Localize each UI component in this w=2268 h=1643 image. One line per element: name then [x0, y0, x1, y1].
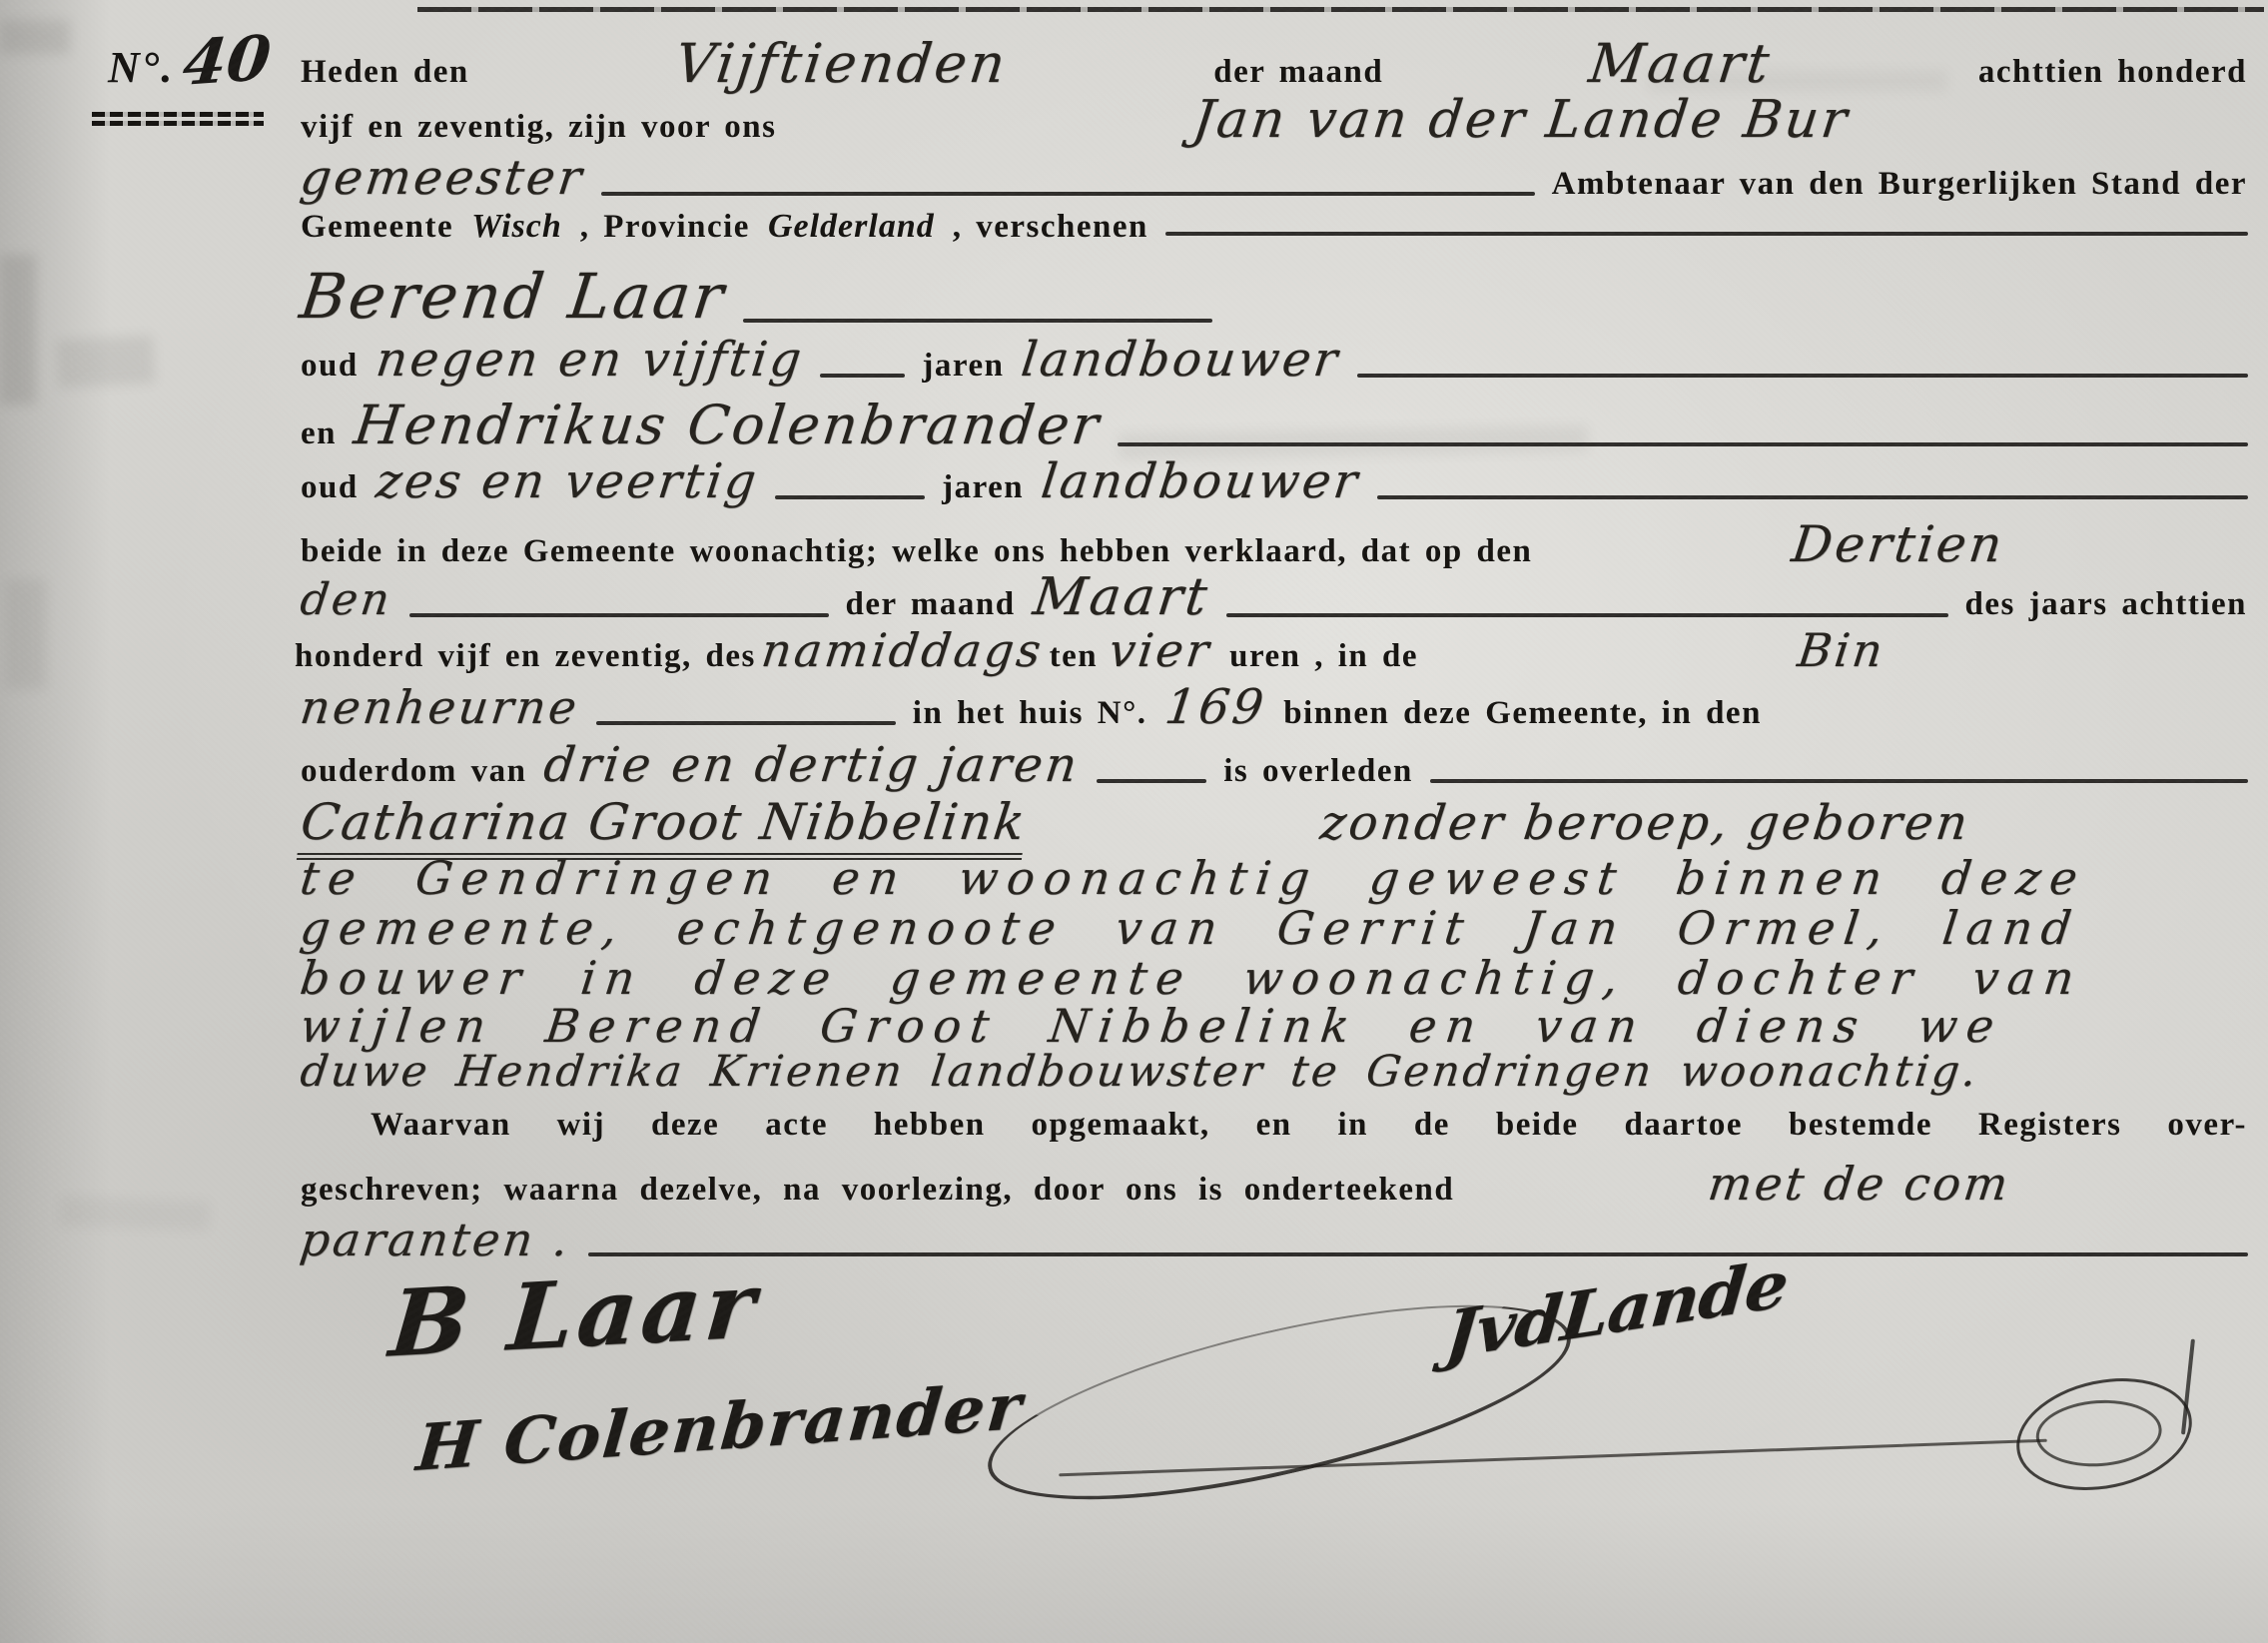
line-closing-2: geschreven; waarna dezelve, na voorlezin… — [292, 1157, 2256, 1211]
record-day: Vijftienden — [483, 32, 1199, 95]
witness2-name: Hendrikus Colenbrander — [351, 394, 1105, 456]
bleed-through-smudge — [6, 579, 46, 689]
witness1-signature: B Laar — [385, 1250, 763, 1377]
fill-in-rule — [601, 192, 1535, 196]
fill-in-rule — [820, 374, 905, 378]
label-oud: oud — [301, 469, 359, 506]
label-verklaard: beide in deze Gemeente woonachtig; welke… — [301, 533, 1532, 570]
line-municipality: GemeenteWisch, ProvincieGelderland, vers… — [292, 208, 2256, 246]
witness2-age: zes en veertig — [373, 453, 761, 509]
line-registrar: vijf en zeventig, zijn voor onsJan van d… — [292, 90, 2256, 150]
line-deceased-details-4: bouwer in deze gemeente woonachtig, doch… — [292, 951, 2256, 1005]
deceased-name: Catharina Groot Nibbelink — [297, 793, 1030, 860]
line-death-time: honderd vijf en zeventig, desnamiddagste… — [292, 623, 2256, 677]
house-number: 169 — [1161, 679, 1269, 735]
fill-in-rule — [743, 319, 1212, 323]
closing-handwritten-1: met de com — [1469, 1157, 2250, 1211]
dashed-bar — [92, 112, 264, 117]
line-closing-1: Waarvan wij deze acte hebben opgemaakt, … — [292, 1107, 2256, 1144]
line-deceased-details-3: gemeente, echtgenoote van Gerrit Jan Orm… — [292, 901, 2256, 955]
bleed-through-smudge — [60, 1196, 211, 1231]
line-registrar-2: gemeesterAmbtenaar van den Burgerlijken … — [292, 150, 2256, 206]
label-honderd-vijf-en-zeventig: honderd vijf en zeventig, des — [295, 638, 756, 675]
fill-in-rule — [1357, 374, 2248, 378]
record-number-value: 40 — [180, 21, 275, 100]
label-achttien-honderd: achttien honderd — [1978, 54, 2247, 91]
bleed-through-smudge — [0, 20, 70, 54]
bleed-through-smudge — [57, 336, 155, 389]
line-witness2-age: oudzes en veertigjarenlandbouwer — [292, 453, 2256, 509]
label-heden-den: Heden den — [301, 54, 469, 91]
deceased-details-6: duwe Hendrika Krienen landbouwster te Ge… — [298, 1047, 1982, 1097]
line-house: nenheurnein het huis N°.169binnen deze G… — [292, 679, 2256, 735]
deceased-details-2: te Gendringen en woonachtig geweest binn… — [298, 851, 2089, 905]
fill-in-rule — [588, 1252, 2249, 1256]
fill-in-rule — [1118, 442, 2248, 446]
label-verschenen: , verschenen — [953, 209, 1148, 246]
fill-in-rule — [1097, 779, 1206, 783]
label-der-maand: der maand — [1213, 54, 1383, 91]
witness1-name: Berend Laar — [297, 260, 731, 333]
witness2-occupation: landbouwer — [1039, 453, 1363, 509]
death-month: Maart — [1030, 567, 1212, 627]
document-page: N°.40 Heden denVijftiendender maandMaart… — [0, 0, 2268, 1643]
registrar-signature-scribble — [2006, 1363, 2203, 1506]
registrar-name: Jan van der Lande Bur — [791, 90, 2251, 150]
witness1-age: negen en vijftig — [373, 332, 807, 388]
line-witness2-name: enHendrikus Colenbrander — [292, 394, 2256, 456]
label-gemeente: Gemeente — [301, 209, 453, 246]
fill-in-rule — [1430, 779, 2248, 783]
line-deceased-details-6: duwe Hendrika Krienen landbouwster te Ge… — [292, 1047, 2256, 1097]
closing-handwritten-2: paranten . — [298, 1213, 574, 1266]
registrar-signature-scribble-inner — [2034, 1396, 2164, 1471]
label-ten: ten — [1050, 638, 1099, 675]
line-declaration: beide in deze Gemeente woonachtig; welke… — [292, 515, 2256, 573]
label-ouderdom: ouderdom van — [301, 753, 526, 790]
label-uren: uren , in de — [1229, 638, 1418, 675]
witness2-signature: H Colenbrander — [413, 1369, 1026, 1486]
label-jaren: jaren — [942, 469, 1024, 506]
top-border-rule — [417, 7, 2264, 12]
line-opening-date: Heden denVijftiendender maandMaartachtti… — [292, 32, 2256, 95]
line-deceased-details-2: te Gendringen en woonachtig geweest binn… — [292, 851, 2256, 905]
fill-in-rule — [596, 721, 896, 725]
label-ambtenaar: Ambtenaar van den Burgerlijken Stand der — [1552, 166, 2247, 203]
line-witness1-name: Berend Laar — [292, 260, 2256, 333]
label-oud: oud — [301, 348, 359, 385]
label-vijf-en-zeventig: vijf en zeventig, zijn voor ons — [301, 109, 777, 146]
municipality-name: Wisch — [471, 208, 562, 246]
witness1-occupation: landbouwer — [1019, 332, 1343, 388]
line-deceased-age: ouderdom vandrie en dertig jarenis overl… — [292, 737, 2256, 793]
label-provincie: , Provincie — [580, 209, 750, 246]
line-death-month: dender maandMaartdes jaars achttien — [292, 567, 2256, 627]
fill-in-rule — [775, 495, 925, 499]
death-place-continued: nenheurne — [298, 680, 582, 734]
label-binnen-gemeente: binnen deze Gemeente, in den — [1283, 695, 1762, 732]
deceased-details-4: bouwer in deze gemeente woonachtig, doch… — [298, 951, 2086, 1005]
line-deceased-name: Catharina Groot Nibbelinkzonder beroep, … — [292, 793, 2256, 860]
death-day-continued: den — [298, 574, 395, 625]
record-number: N°.40 — [108, 24, 271, 97]
death-day: Dertien — [1547, 515, 2251, 573]
line-deceased-details-5: wijlen Berend Groot Nibbelink en van die… — [292, 999, 2256, 1053]
province-name: Gelderland — [768, 208, 935, 246]
label-huis: in het huis N°. — [913, 695, 1147, 732]
registrar-name-continued: gemeester — [298, 150, 588, 206]
label-der-maand: der maand — [846, 586, 1016, 623]
label-des-jaars: des jaars achttien — [1965, 586, 2247, 623]
line-closing-3: paranten . — [292, 1213, 2256, 1266]
label-jaren: jaren — [922, 348, 1004, 385]
record-month: Maart — [1397, 32, 1963, 95]
closing-text-2: geschreven; waarna dezelve, na voorlezin… — [301, 1172, 1454, 1209]
bleed-through-smudge — [0, 255, 36, 405]
fill-in-rule — [1377, 495, 2248, 499]
fill-in-rule — [1226, 613, 1948, 617]
record-number-label: N°. — [108, 43, 174, 92]
deceased-details-1: zonder beroep, geboren — [1040, 795, 2250, 851]
label-is-overleden: is overleden — [1223, 753, 1413, 790]
deceased-age: drie en dertig jaren — [541, 737, 1084, 793]
death-hour: vier — [1107, 623, 1215, 677]
line-witness1-age: oudnegen en vijftigjarenlandbouwer — [292, 332, 2256, 388]
deceased-details-5: wijlen Berend Groot Nibbelink en van die… — [298, 999, 2006, 1053]
label-en: en — [301, 415, 337, 452]
fill-in-rule — [1165, 232, 2248, 236]
registrar-signature-scribble-tail — [2181, 1339, 2195, 1435]
deceased-details-3: gemeente, echtgenoote van Gerrit Jan Orm… — [298, 901, 2083, 955]
record-number-rule — [92, 112, 264, 128]
death-place: Bin — [1433, 623, 2251, 677]
dashed-bar — [92, 121, 264, 126]
fill-in-rule — [409, 613, 829, 617]
closing-text-1: Waarvan wij deze acte hebben opgemaakt, … — [371, 1107, 2247, 1144]
death-time-period: namiddags — [759, 623, 1047, 677]
